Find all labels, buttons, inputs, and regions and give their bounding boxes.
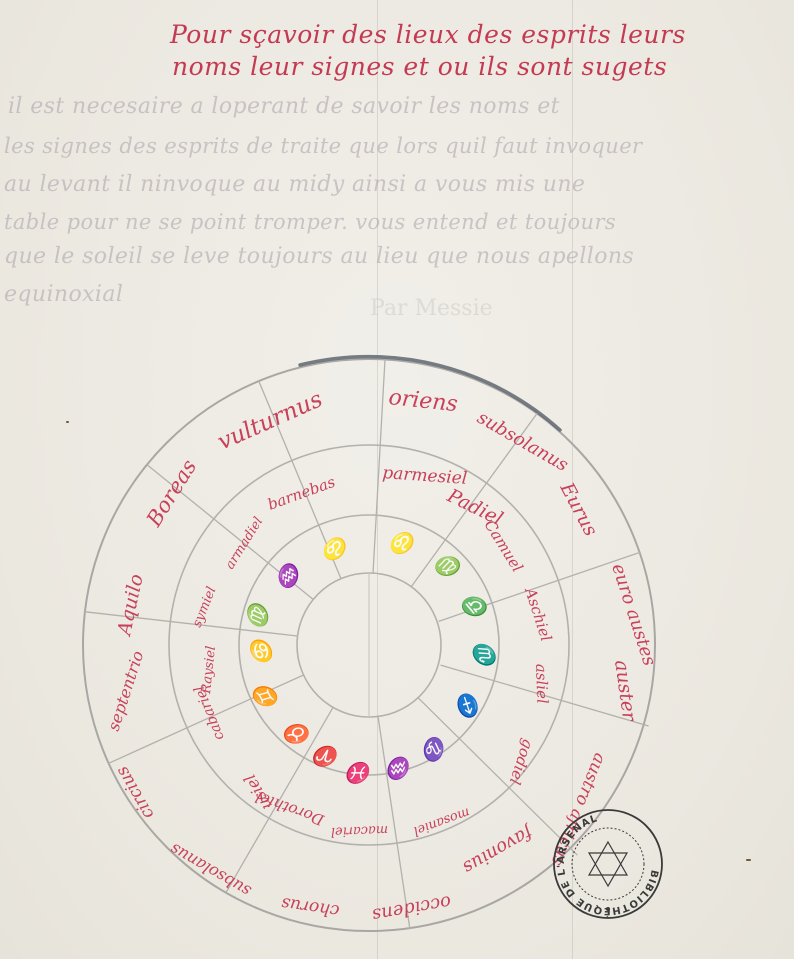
spirit-label: Aschiel (521, 584, 556, 644)
zodiac-sign-icon: ♈ (308, 742, 341, 771)
library-stamp: BIBLIOTHÈQUE DE L'ARSENAL (548, 804, 668, 924)
star-of-david-icon (589, 842, 627, 886)
wind-label: chorus (280, 893, 341, 921)
zodiac-sign-icon: ♊ (247, 677, 282, 714)
zodiac-sign-icon: ♑ (415, 731, 453, 768)
spirit-label: godiel (506, 737, 538, 787)
spirit-label: mosaniel (411, 804, 472, 838)
zodiac-sign-icon: ♓ (343, 761, 372, 785)
spirit-label: symiel (190, 585, 220, 630)
wind-label: occidens (371, 891, 453, 926)
spirit-label: Raysiel (199, 645, 219, 695)
spirit-label: Camuel (481, 517, 527, 576)
zodiac-sign-icon: ♌ (388, 531, 417, 555)
spirit-label: macariel (331, 822, 389, 839)
wind-label: euro austes (607, 561, 660, 668)
spirit-label: armadiel (223, 515, 267, 572)
spirit-label: barnebas (265, 473, 338, 514)
wind-label: subsolanus (166, 839, 254, 900)
wind-label: favonius (459, 821, 538, 878)
zodiac-sign-icon: ♉ (277, 716, 314, 751)
wind-label: Aquilo (113, 572, 148, 639)
zodiac-sign-icon: ♒ (270, 557, 308, 594)
zodiac-sign-icon: ♌ (319, 534, 352, 563)
wind-spirit-wheel: oriens subsolanus Eurus euro austes aust… (0, 0, 794, 959)
zodiac-sign-icon: ♐ (451, 688, 483, 723)
zodiac-sign-icon: ♏ (470, 639, 499, 672)
wind-label: vulturnus (214, 386, 327, 455)
zodiac-sign-icon: ♍ (243, 598, 272, 631)
wind-label: circius (112, 762, 158, 822)
wind-label: oriens (387, 385, 459, 417)
wind-label: auster (610, 659, 641, 725)
zodiac-sign-icon: ♋ (249, 636, 273, 665)
inner-ring-signs: ♌ ♍ ♎ ♏ ♐ ♑ ♒ ♓ ♈ ♉ ♊ ♋ ♍ ♒ ♌ (243, 531, 498, 785)
wind-label: subsolanus (474, 407, 572, 476)
wind-label: septentrio (104, 648, 148, 733)
wind-label: Eurus (555, 478, 602, 540)
spirit-label: asliel (532, 664, 551, 705)
